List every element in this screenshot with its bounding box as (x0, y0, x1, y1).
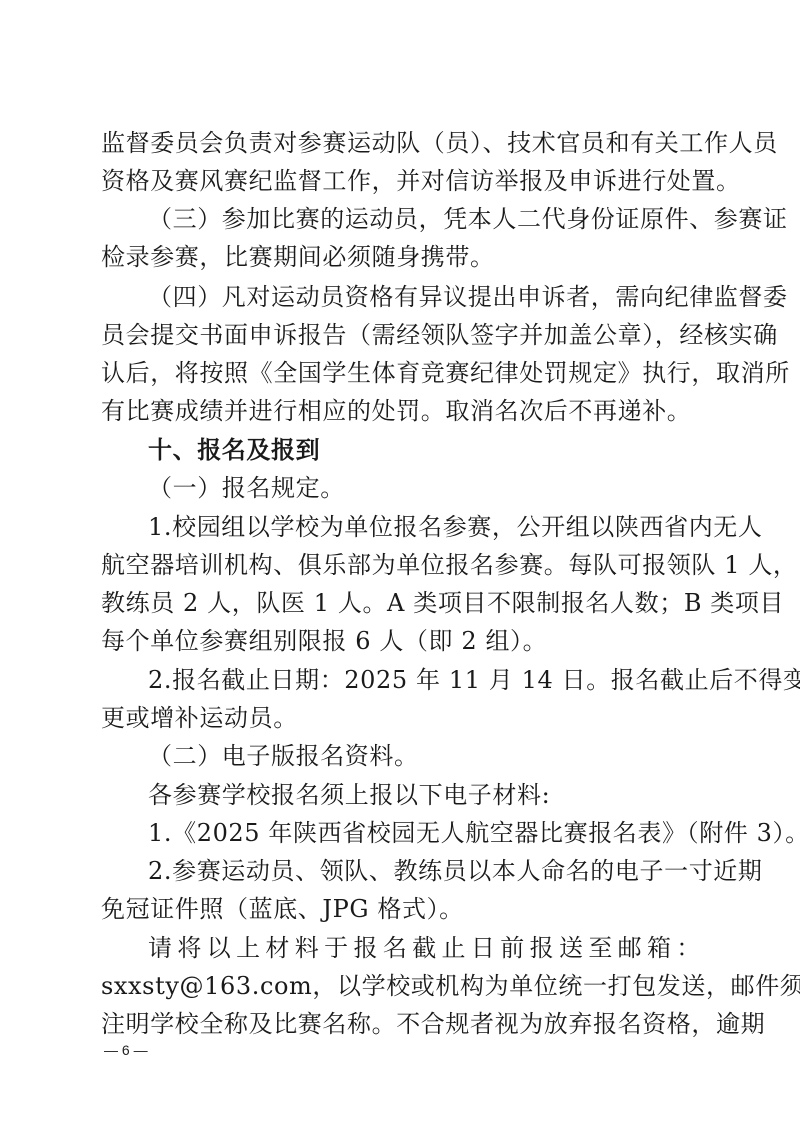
text-line: 资格及赛风赛纪监督工作，并对信访举报及申诉进行处置。 (101, 162, 701, 200)
text-line: 1.校园组以学校为单位报名参赛，公开组以陕西省内无人 (148, 508, 701, 546)
text-line: 各参赛学校报名须上报以下电子材料: (148, 776, 701, 814)
subsection-heading: （一）报名规定。 (148, 469, 701, 507)
text-line: 免冠证件照（蓝底、JPG 格式）。 (101, 890, 701, 928)
email-line: sxxsty@163.com，以学校或机构为单位统一打包发送，邮件须 (101, 967, 701, 1005)
text-line: 2.报名截止日期：2025 年 11 月 14 日。报名截止后不得变 (148, 661, 701, 699)
text-line: 检录参赛，比赛期间必须随身携带。 (101, 238, 701, 276)
text-line: 教练员 2 人，队医 1 人。A 类项目不限制报名人数；B 类项目 (101, 584, 701, 622)
subsection-heading: （二）电子版报名资料。 (148, 737, 701, 775)
text-line: （四）凡对运动员资格有异议提出申诉者，需向纪律监督委 (148, 278, 701, 316)
text-line: 更或增补运动员。 (101, 699, 701, 737)
text-line: 每个单位参赛组别限报 6 人（即 2 组）。 (101, 622, 701, 660)
text-line: 1.《2025 年陕西省校园无人航空器比赛报名表》（附件 3）。 (148, 814, 701, 852)
text-line: （三）参加比赛的运动员，凭本人二代身份证原件、参赛证 (148, 200, 701, 238)
text-line: 请将以上材料于报名截止日前报送至邮箱： (148, 929, 701, 967)
text-line: 有比赛成绩并进行相应的处罚。取消名次后不再递补。 (101, 392, 701, 430)
text-line: 航空器培训机构、俱乐部为单位报名参赛。每队可报领队 1 人， (101, 546, 701, 584)
text-line: 监督委员会负责对参赛运动队（员）、技术官员和有关工作人员 (101, 124, 701, 162)
text-line: 注明学校全称及比赛名称。不合规者视为放弃报名资格，逾期 (101, 1005, 701, 1043)
text-line: 2.参赛运动员、领队、教练员以本人命名的电子一寸近期 (148, 852, 701, 890)
section-heading: 十、报名及报到 (148, 431, 701, 469)
document-page: 监督委员会负责对参赛运动队（员）、技术官员和有关工作人员 资格及赛风赛纪监督工作… (0, 0, 800, 1131)
text-line: 员会提交书面申诉报告（需经领队签字并加盖公章），经核实确 (101, 316, 701, 354)
page-number: — 6 — (104, 1042, 148, 1058)
text-line: 认后，将按照《全国学生体育竞赛纪律处罚规定》执行，取消所 (101, 354, 701, 392)
